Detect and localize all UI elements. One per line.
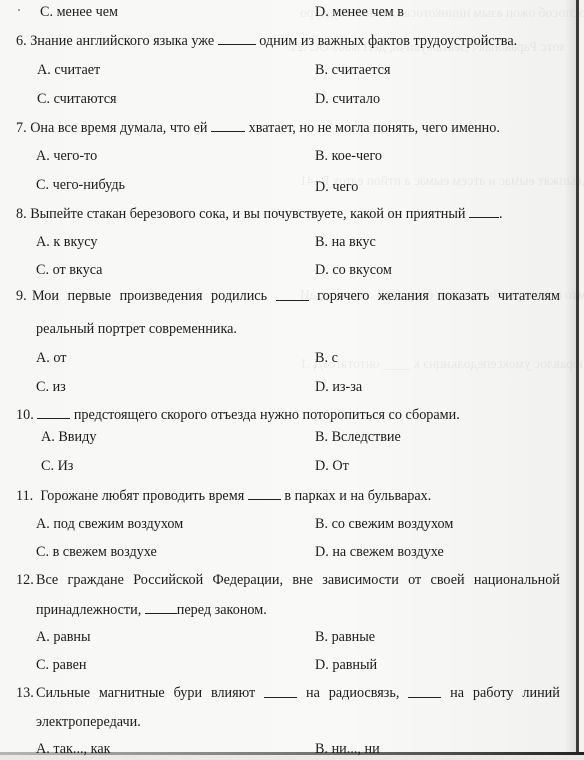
option-text: чего-нибудь xyxy=(53,177,125,193)
option-d: D. чего xyxy=(315,178,358,196)
prompt-text: Знание английского языка уже xyxy=(30,33,214,49)
option-text: со вкусом xyxy=(332,262,392,278)
question-8-prompt: 8. Выпейте стакан березового сока, и вы … xyxy=(16,204,503,223)
option-text: чего xyxy=(332,179,358,195)
prompt-word: горячего xyxy=(317,287,369,305)
prompt-text: . xyxy=(499,206,503,222)
answer-blank xyxy=(37,405,70,419)
option-b: B. кое-чего xyxy=(315,147,382,165)
question-9-prompt-line-2: реальный портрет современника. xyxy=(36,320,237,338)
prompt-text: хватает, но не могла понять, чего именно… xyxy=(249,120,500,136)
question-number: 9. xyxy=(16,288,27,304)
prompt-word: первые xyxy=(68,287,112,305)
option-b: B. считается xyxy=(315,61,390,79)
question-number: 11. xyxy=(16,488,33,504)
option-a: A. от xyxy=(36,349,66,367)
prompt-word: работу xyxy=(473,684,514,702)
option-a: A. равны xyxy=(36,628,91,646)
option-letter: D. xyxy=(315,262,329,278)
prompt-word: Федерации, xyxy=(212,571,283,589)
prompt-word: читателям xyxy=(498,287,560,305)
option-b: B. со свежим воздухом xyxy=(315,515,453,533)
prompt-word: Мои xyxy=(32,287,59,305)
option-text: равные xyxy=(332,629,376,645)
question-number: 8. xyxy=(16,206,27,222)
prompt-word: вне xyxy=(292,571,313,589)
prompt-text: Выпейте стакан березового сока, и вы поч… xyxy=(30,206,465,222)
prompt-text: одним из важных фактов трудоустройства. xyxy=(259,33,517,49)
answer-blank xyxy=(145,600,177,614)
option-text: считало xyxy=(332,91,380,107)
option-letter: A. xyxy=(36,741,50,757)
option-letter: B. xyxy=(315,234,328,250)
prompt-word: радиосвязь, xyxy=(329,684,400,702)
prompt-word: желания xyxy=(378,287,429,305)
option-c: C. равен xyxy=(36,656,86,674)
answer-blank xyxy=(408,684,441,698)
prompt-word: своей xyxy=(431,571,465,589)
question-13-number: 13. xyxy=(16,684,34,702)
option-text: равен xyxy=(53,657,87,673)
option-letter: C. xyxy=(36,657,49,673)
option-letter: C. xyxy=(37,91,50,107)
option-text: с xyxy=(332,350,338,366)
option-letter: B. xyxy=(315,429,328,445)
option-text: кое-чего xyxy=(332,148,382,164)
option-letter: C. xyxy=(40,4,53,20)
option-letter: D. xyxy=(315,657,329,673)
page-shadow xyxy=(565,0,576,752)
option-letter: A. xyxy=(36,148,50,164)
option-letter: B. xyxy=(315,516,328,532)
question-6-prompt: 6. Знание английского языка уже одним из… xyxy=(16,31,517,50)
question-12-prompt-line-1: ВсегражданеРоссийскойФедерации,внезависи… xyxy=(36,571,560,589)
option-a: A. Ввиду xyxy=(41,428,96,446)
option-letter: D. xyxy=(315,379,329,395)
option-text: от вкуса xyxy=(53,262,103,278)
answer-blank xyxy=(276,287,309,301)
answer-blank xyxy=(469,204,499,218)
option-letter: B. xyxy=(315,62,328,78)
prompt-text: предстоящего скорого отъезда нужно потор… xyxy=(74,407,460,423)
option-text: из xyxy=(53,379,66,395)
prompt-word: граждане xyxy=(68,571,124,589)
page-edge-right xyxy=(576,0,579,752)
option-text: ни..., ни xyxy=(332,741,380,757)
option-d: D. равный xyxy=(315,656,377,674)
prompt-word: показать xyxy=(437,287,489,305)
option-letter: C. xyxy=(36,177,49,193)
answer-blank xyxy=(264,684,297,698)
option-text: считает xyxy=(54,62,100,78)
prompt-word: влияют xyxy=(211,684,255,702)
option-letter: D. xyxy=(315,91,329,107)
option-text: менее чем в xyxy=(332,4,404,20)
option-letter: D. xyxy=(315,544,329,560)
prompt-text: Она все время думала, что ей xyxy=(30,120,207,136)
option-b: B. с xyxy=(315,349,338,367)
option-letter: A. xyxy=(37,62,51,78)
prompt-word: линий xyxy=(522,684,559,702)
prompt-text: Горожане любят проводить время xyxy=(40,488,244,504)
prompt-word: бури xyxy=(174,684,202,702)
question-9-prompt-line-1: Моипервыепроизведенияродилисьгорячегожел… xyxy=(32,287,560,305)
option-d: D. на свежем воздухе xyxy=(315,543,444,561)
option-c: C. менее чем xyxy=(40,3,118,21)
question-10-prompt: 10. предстоящего скорого отъезда нужно п… xyxy=(16,405,460,424)
prompt-word: на xyxy=(306,684,320,702)
option-letter: A. xyxy=(36,516,50,532)
option-a: A. к вкусу xyxy=(36,233,97,251)
option-letter: D. xyxy=(315,4,329,20)
option-c: C. из xyxy=(36,378,66,396)
question-number: 12. xyxy=(16,572,34,588)
option-text: Из xyxy=(58,458,74,474)
option-letter: C. xyxy=(36,379,49,395)
prompt-word: зависимости xyxy=(322,571,399,589)
question-11-prompt: 11. Горожане любят проводить время в пар… xyxy=(16,486,431,505)
option-letter: B. xyxy=(315,350,328,366)
option-letter: B. xyxy=(315,741,328,757)
question-number: 10. xyxy=(16,407,34,423)
option-letter: A. xyxy=(41,429,55,445)
option-letter: A. xyxy=(36,350,50,366)
prompt-word: произведения xyxy=(120,287,203,305)
option-b: B. равные xyxy=(315,628,375,646)
option-text: Вследствие xyxy=(332,429,401,445)
option-letter: C. xyxy=(41,458,54,474)
option-c: C. считаются xyxy=(37,90,117,108)
option-a: A. под свежим воздухом xyxy=(36,515,183,533)
option-letter: A. xyxy=(36,629,50,645)
option-text: со свежим воздухом xyxy=(332,516,454,532)
option-letter: C. xyxy=(36,262,49,278)
question-7-prompt: 7. Она все время думала, что ей хватает,… xyxy=(16,118,500,137)
option-letter: B. xyxy=(315,629,328,645)
scan-speck xyxy=(18,9,20,11)
option-d: D. менее чем в xyxy=(315,3,404,21)
option-c: C. в свежем воздухе xyxy=(36,543,157,561)
option-c: C. чего-нибудь xyxy=(36,176,125,194)
prompt-word: на xyxy=(450,684,464,702)
option-text: считаются xyxy=(54,91,117,107)
question-13-prompt-line-2: электропередачи. xyxy=(36,713,141,731)
option-text: менее чем xyxy=(57,4,118,20)
question-12-number: 12. xyxy=(16,571,34,589)
question-12-prompt-line-2: принадлежности, перед законом. xyxy=(36,600,267,619)
option-text: равный xyxy=(332,657,377,673)
prompt-word: Все xyxy=(36,571,58,589)
option-b: B. ни..., ни xyxy=(315,740,380,758)
option-text: от xyxy=(53,350,66,366)
prompt-word: родились xyxy=(211,287,267,305)
option-letter: C. xyxy=(36,544,49,560)
option-text: чего-то xyxy=(53,148,97,164)
prompt-word: от xyxy=(408,571,421,589)
option-a: A. считает xyxy=(37,61,100,79)
option-letter: B. xyxy=(315,148,328,164)
option-letter: A. xyxy=(36,234,50,250)
prompt-word: Сильные xyxy=(36,684,90,702)
option-a: A. чего-то xyxy=(36,147,97,165)
option-text: на свежем воздухе xyxy=(332,544,443,560)
option-d: D. из-за xyxy=(315,378,362,396)
question-number: 6. xyxy=(16,33,27,49)
question-9-number: 9. xyxy=(16,287,27,305)
prompt-word: Российской xyxy=(133,571,203,589)
answer-blank xyxy=(211,118,245,132)
prompt-text: электропередачи. xyxy=(36,714,141,730)
question-number: 7. xyxy=(16,120,27,136)
option-b: B. на вкус xyxy=(315,233,376,251)
prompt-text: в парках и на бульварах. xyxy=(284,488,431,504)
prompt-word: магнитные xyxy=(99,684,165,702)
option-text: От xyxy=(332,458,348,474)
option-a: A. так..., как xyxy=(36,740,111,758)
prompt-text: реальный портрет современника. xyxy=(36,321,237,337)
option-text: Ввиду xyxy=(58,429,96,445)
option-letter: D. xyxy=(315,179,329,195)
option-d: D. со вкусом xyxy=(315,261,392,279)
option-text: считается xyxy=(332,62,391,78)
option-text: из-за xyxy=(332,379,362,395)
answer-blank xyxy=(218,31,256,45)
question-number: 13. xyxy=(16,685,34,701)
option-d: D. считало xyxy=(315,90,380,108)
option-c: C. от вкуса xyxy=(36,261,102,279)
option-text: на вкус xyxy=(332,234,376,250)
prompt-text: принадлежности, xyxy=(36,602,141,618)
option-text: равны xyxy=(53,629,90,645)
option-b: B. Вследствие xyxy=(315,428,401,446)
option-text: в свежем воздухе xyxy=(53,544,157,560)
option-text: под свежим воздухом xyxy=(53,516,183,532)
option-text: так..., как xyxy=(53,741,110,757)
answer-blank xyxy=(248,486,281,500)
option-letter: D. xyxy=(315,458,329,474)
option-c: C. Из xyxy=(41,457,73,475)
prompt-word: национальной xyxy=(474,571,560,589)
option-text: к вкусу xyxy=(53,234,97,250)
option-d: D. От xyxy=(315,457,349,475)
question-13-prompt-line-1: Сильныемагнитныебуривлияютнарадиосвязь,н… xyxy=(36,684,560,702)
prompt-text: перед законом. xyxy=(177,602,267,618)
